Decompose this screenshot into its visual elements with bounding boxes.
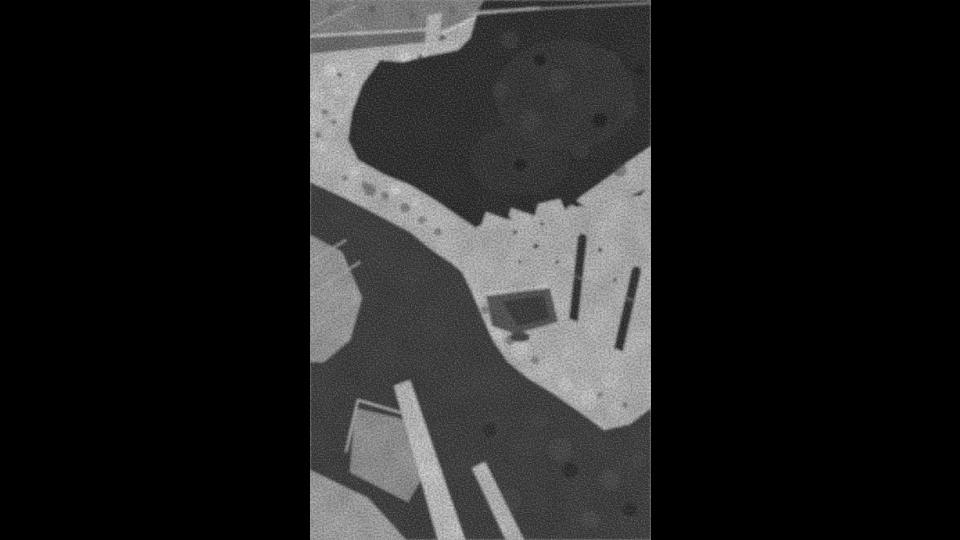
image-viewer-canvas [0, 0, 960, 540]
letterbox-left [0, 0, 310, 540]
letterbox-right [651, 0, 960, 540]
photo-art [310, 0, 651, 540]
grain-overlay [310, 0, 651, 540]
news-photograph [310, 0, 651, 540]
